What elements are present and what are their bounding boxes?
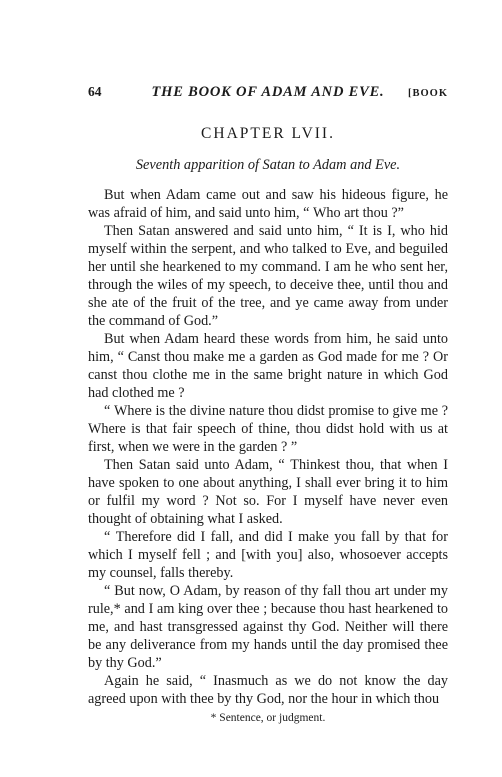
signature-mark: [BOOK xyxy=(404,88,448,99)
paragraph: Then Satan said unto Adam, “ Thinkest th… xyxy=(88,456,448,528)
paragraph: But when Adam came out and saw his hideo… xyxy=(88,186,448,222)
body-text: But when Adam came out and saw his hideo… xyxy=(88,186,448,708)
paragraph: “ But now, O Adam, by reason of thy fall… xyxy=(88,582,448,672)
paragraph: Then Satan answered and said unto him, “… xyxy=(88,222,448,330)
footnote: * Sentence, or judgment. xyxy=(88,712,448,724)
paragraph: But when Adam heard these words from him… xyxy=(88,330,448,402)
page-header: 64 THE BOOK OF ADAM AND EVE. [BOOK xyxy=(88,84,448,101)
book-page: 64 THE BOOK OF ADAM AND EVE. [BOOK CHAPT… xyxy=(0,0,502,777)
page-number: 64 xyxy=(88,84,132,100)
paragraph: “ Therefore did I fall, and did I make y… xyxy=(88,528,448,582)
chapter-subtitle: Seventh apparition of Satan to Adam and … xyxy=(88,157,448,174)
chapter-heading: CHAPTER LVII. xyxy=(88,125,448,143)
paragraph: “ Where is the divine nature thou didst … xyxy=(88,402,448,456)
running-title: THE BOOK OF ADAM AND EVE. xyxy=(132,84,404,101)
paragraph: Again he said, “ Inasmuch as we do not k… xyxy=(88,672,448,708)
